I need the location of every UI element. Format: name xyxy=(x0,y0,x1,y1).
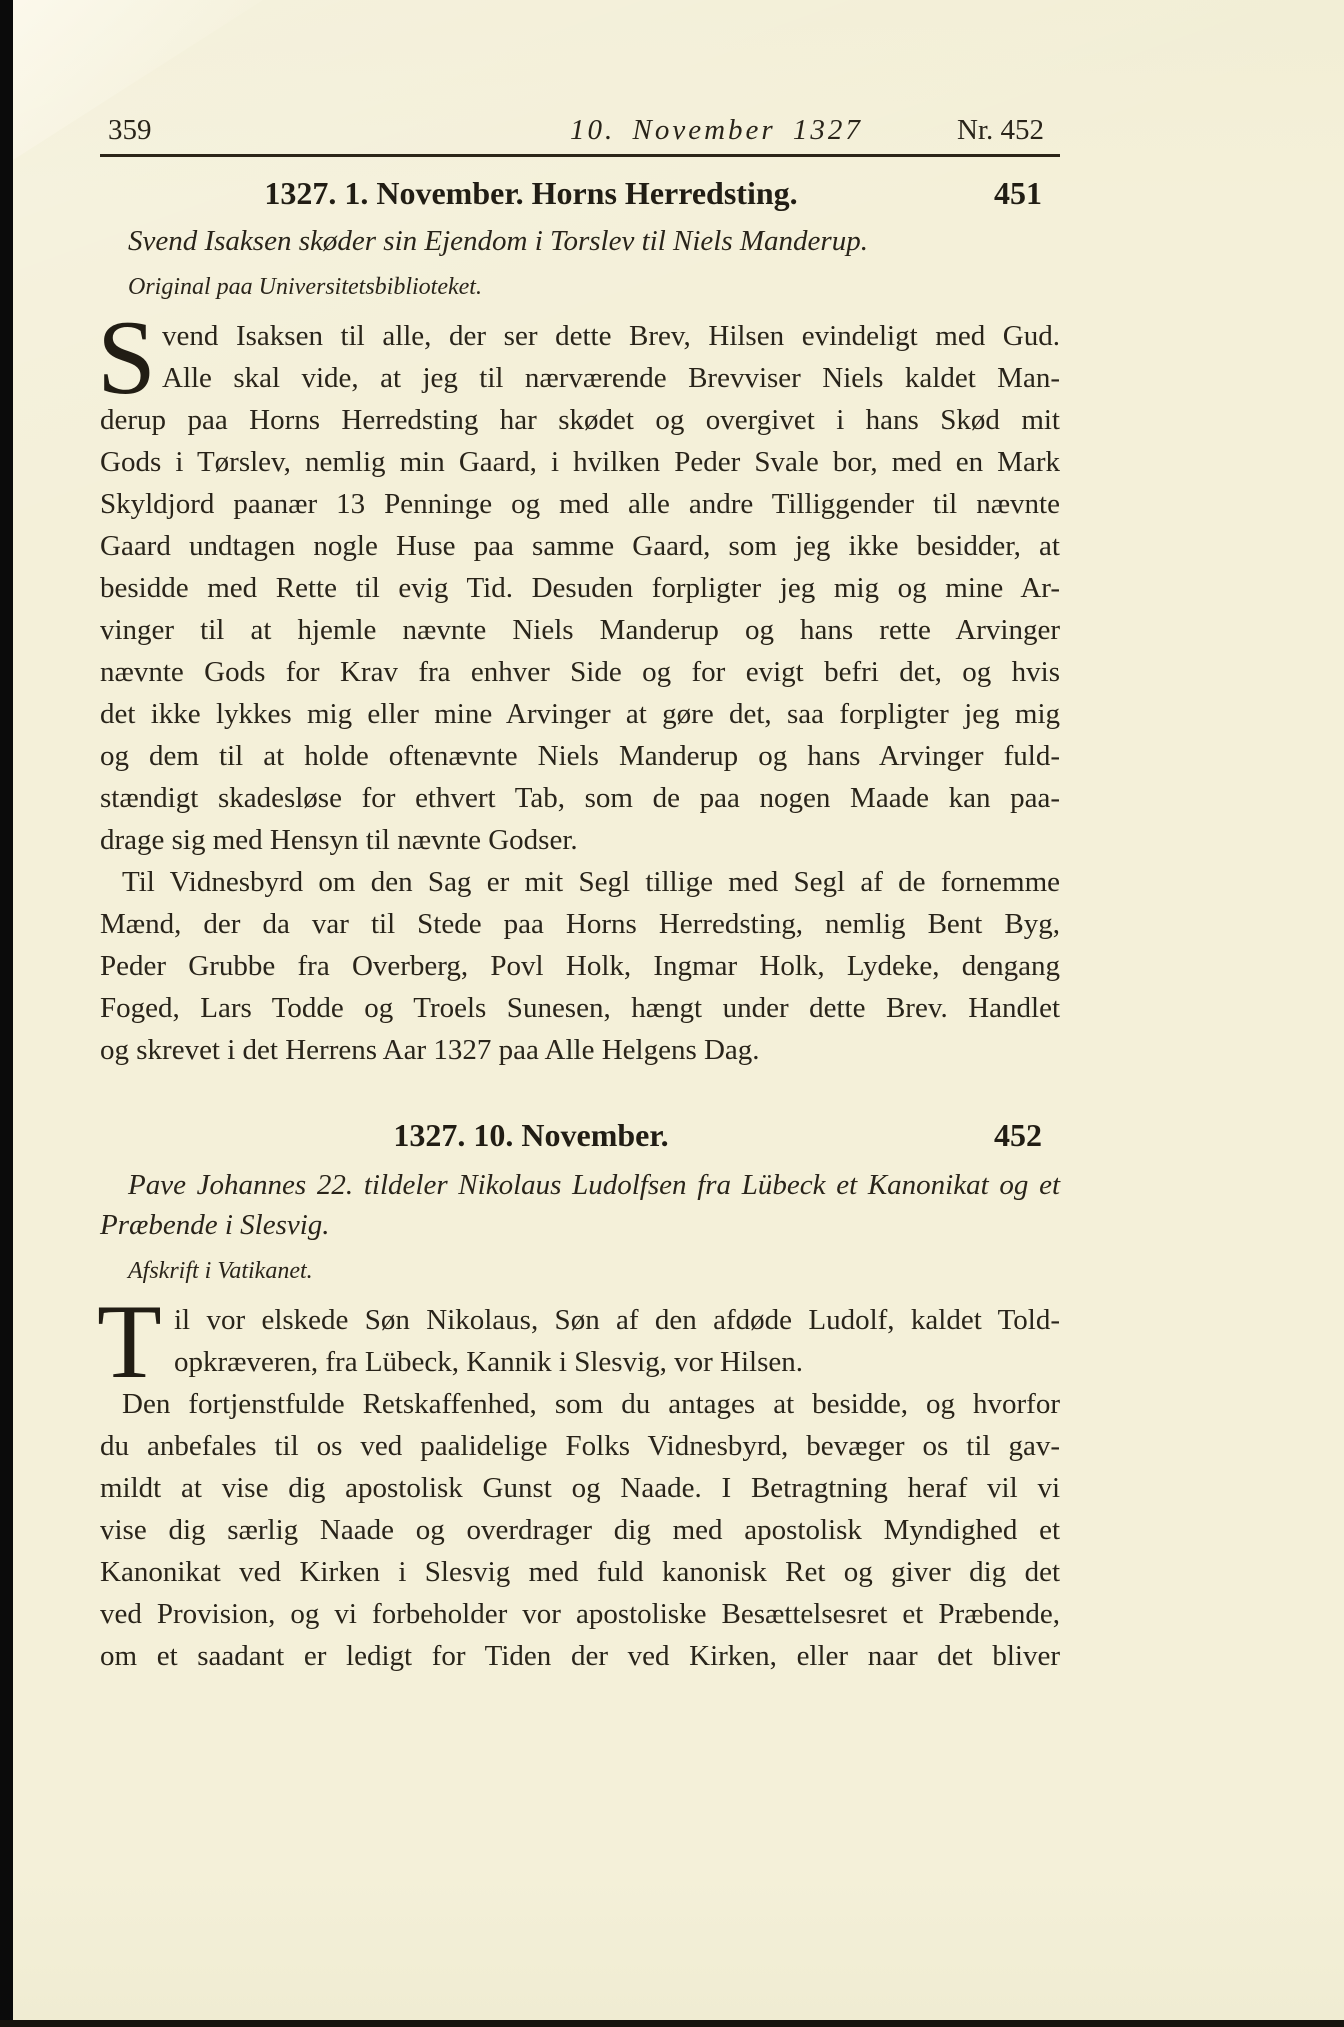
text-line: stændigt skadesløse for ethvert Tab, som… xyxy=(100,777,1060,819)
entry-451: 1327. 1. November. Horns Herredsting. 45… xyxy=(100,175,1060,1071)
text-line: Den fortjenstfulde Retskaffenhed, som du… xyxy=(100,1383,1060,1425)
text-line: mildt at vise dig apostolisk Gunst og Na… xyxy=(100,1467,1060,1509)
text-line: vise dig særlig Naade og overdrager dig … xyxy=(100,1509,1060,1551)
paragraph-lines: Til Vidnesbyrd om den Sag er mit Segl ti… xyxy=(100,861,1060,1071)
entry-paragraph: Den fortjenstfulde Retskaffenhed, som du… xyxy=(100,1383,1060,1677)
text-line: nævnte Gods for Krav fra enhver Side og … xyxy=(100,651,1060,693)
entry-summary: Pave Johannes 22. tildeler Nikolaus Ludo… xyxy=(100,1165,1060,1245)
text-line: Gaard undtagen nogle Huse paa samme Gaar… xyxy=(100,525,1060,567)
entry-heading: 1327. 10. November. 452 xyxy=(100,1117,1060,1153)
entry-heading: 1327. 1. November. Horns Herredsting. 45… xyxy=(100,175,1060,211)
text-line: opkræveren, fra Lübeck, Kannik i Slesvig… xyxy=(100,1341,1060,1383)
page-bottom-edge xyxy=(0,2020,1344,2027)
text-line: Peder Grubbe fra Overberg, Povl Holk, In… xyxy=(100,945,1060,987)
text-line: Gods i Tørslev, nemlig min Gaard, i hvil… xyxy=(100,441,1060,483)
text-line: besidde med Rette til evig Tid. Desuden … xyxy=(100,567,1060,609)
entry-paragraph: S vend Isaksen til alle, der ser dette B… xyxy=(100,315,1060,861)
entry-source-note: Afskrift i Vatikanet. xyxy=(100,1255,1060,1287)
text-line: Kanonikat ved Kirken i Slesvig med fuld … xyxy=(100,1551,1060,1593)
text-line: vinger til at hjemle nævnte Niels Mander… xyxy=(100,609,1060,651)
text-line: vend Isaksen til alle, der ser dette Bre… xyxy=(100,315,1060,357)
paragraph-lines: il vor elskede Søn Nikolaus, Søn af den … xyxy=(100,1299,1060,1383)
text-line: og dem til at holde oftenævnte Niels Man… xyxy=(100,735,1060,777)
issue-number: Nr. 452 xyxy=(957,112,1044,148)
entry-number: 452 xyxy=(892,1117,1060,1153)
text-line: Mænd, der da var til Stede paa Horns Her… xyxy=(100,903,1060,945)
paragraph-lines: vend Isaksen til alle, der ser dette Bre… xyxy=(100,315,1060,861)
text-line: Til Vidnesbyrd om den Sag er mit Segl ti… xyxy=(100,861,1060,903)
text-line: drage sig med Hensyn til nævnte Godser. xyxy=(100,819,1060,861)
entry-heading-text: 1327. 1. November. Horns Herredsting. xyxy=(100,175,892,211)
text-line: il vor elskede Søn Nikolaus, Søn af den … xyxy=(100,1299,1060,1341)
page-number: 359 xyxy=(108,112,152,148)
drop-cap: S xyxy=(97,305,156,411)
running-header: 359 10. November 1327 Nr. 452 xyxy=(100,112,1060,148)
header-rule xyxy=(100,154,1060,157)
entry-452: 1327. 10. November. 452 Pave Johannes 22… xyxy=(100,1117,1060,1677)
text-line: du anbefales til os ved paalidelige Folk… xyxy=(100,1425,1060,1467)
entry-heading-text: 1327. 10. November. xyxy=(100,1117,892,1153)
entry-source-note: Original paa Universitetsbiblioteket. xyxy=(100,271,1060,303)
drop-cap: T xyxy=(97,1289,162,1395)
running-title: 10. November 1327 xyxy=(570,112,863,148)
entry-summary: Svend Isaksen skøder sin Ejendom i Torsl… xyxy=(100,221,1060,261)
book-page: 359 10. November 1327 Nr. 452 1327. 1. N… xyxy=(0,0,1344,2027)
page-content: 359 10. November 1327 Nr. 452 1327. 1. N… xyxy=(100,112,1060,1677)
text-line: Foged, Lars Todde og Troels Sunesen, hæn… xyxy=(100,987,1060,1029)
text-line: Præbende i Slesvig. xyxy=(100,1205,1060,1245)
entry-paragraph: Til Vidnesbyrd om den Sag er mit Segl ti… xyxy=(100,861,1060,1071)
text-line: Alle skal vide, at jeg til nærværende Br… xyxy=(100,357,1060,399)
paragraph-lines: Den fortjenstfulde Retskaffenhed, som du… xyxy=(100,1383,1060,1677)
text-line: og skrevet i det Herrens Aar 1327 paa Al… xyxy=(100,1029,1060,1071)
text-line: om et saadant er ledigt for Tiden der ve… xyxy=(100,1635,1060,1677)
text-line: ved Provision, og vi forbeholder vor apo… xyxy=(100,1593,1060,1635)
page-left-edge xyxy=(0,0,13,2027)
entry-paragraph: T il vor elskede Søn Nikolaus, Søn af de… xyxy=(100,1299,1060,1383)
text-line: derup paa Horns Herredsting har skødet o… xyxy=(100,399,1060,441)
text-line: det ikke lykkes mig eller mine Arvinger … xyxy=(100,693,1060,735)
entry-number: 451 xyxy=(892,175,1060,211)
text-line: Pave Johannes 22. tildeler Nikolaus Ludo… xyxy=(100,1165,1060,1205)
text-line: Skyldjord paanær 13 Penninge og med alle… xyxy=(100,483,1060,525)
